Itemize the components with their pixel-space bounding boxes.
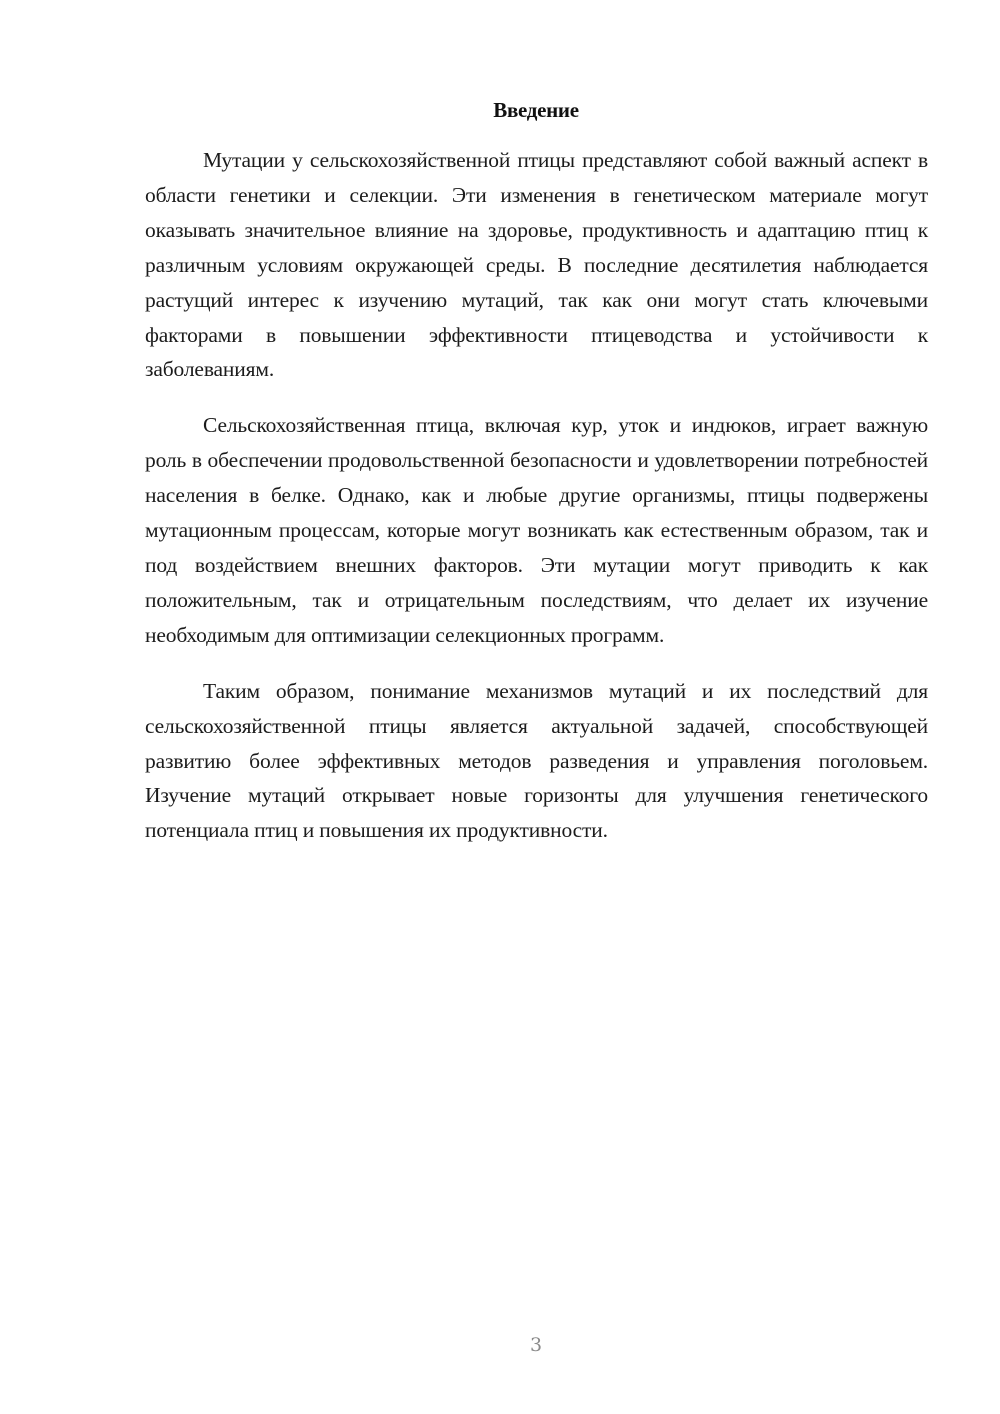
paragraph-3: Таким образом, понимание механизмов мута… [145, 674, 928, 849]
paragraph-1: Мутации у сельскохозяйственной птицы пре… [145, 143, 928, 387]
paragraph-2: Сельскохозяйственная птица, включая кур,… [145, 408, 928, 652]
page-number: 3 [0, 1334, 1000, 1356]
document-page: Введение Мутации у сельскохозяйственной … [0, 0, 1000, 1414]
body-text: Мутации у сельскохозяйственной птицы пре… [145, 143, 928, 869]
section-title: Введение [0, 96, 1000, 124]
